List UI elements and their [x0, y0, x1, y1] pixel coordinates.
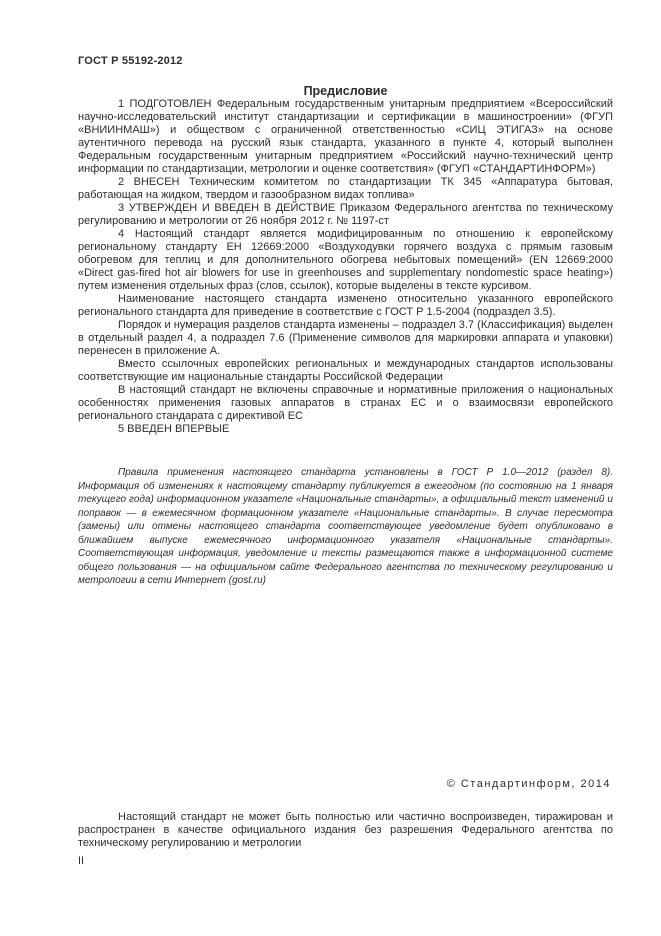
- clause-4-references: Вместо ссылочных европейских региональны…: [78, 358, 613, 384]
- page-title: Предисловие: [78, 84, 613, 98]
- clause-2-submitted-by: 2 ВНЕСЕН Техническим комитетом по станда…: [78, 176, 613, 202]
- clause-3-approved: 3 УТВЕРЖДЕН И ВВЕДЕН В ДЕЙСТВИЕ Приказом…: [78, 202, 613, 228]
- clause-4-order: Порядок и нумерация разделов стандарта и…: [78, 319, 613, 358]
- document-page: ГОСТ Р 55192-2012 Предисловие 1 ПОДГОТОВ…: [0, 0, 661, 936]
- clause-4-naming: Наименование настоящего стандарта измене…: [78, 293, 613, 319]
- clause-1-prepared-by: 1 ПОДГОТОВЛЕН Федеральным государственны…: [78, 98, 613, 176]
- clause-4-intro: 4 Настоящий стандарт является модифициро…: [78, 228, 613, 293]
- clause-4-exclusions: В настоящий стандарт не включены справоч…: [78, 384, 613, 423]
- page-number: II: [78, 855, 84, 867]
- reproduction-restriction-notice: Настоящий стандарт не может быть полност…: [78, 811, 613, 850]
- page-content: ГОСТ Р 55192-2012 Предисловие 1 ПОДГОТОВ…: [0, 0, 661, 588]
- document-code: ГОСТ Р 55192-2012: [78, 55, 613, 67]
- copyright-notice: © Стандартинформ, 2014: [447, 778, 611, 790]
- clause-5-first-edition: 5 ВВЕДЕН ВПЕРВЫЕ: [78, 423, 613, 436]
- application-rules-note: Правила применения настоящего стандарта …: [78, 466, 613, 588]
